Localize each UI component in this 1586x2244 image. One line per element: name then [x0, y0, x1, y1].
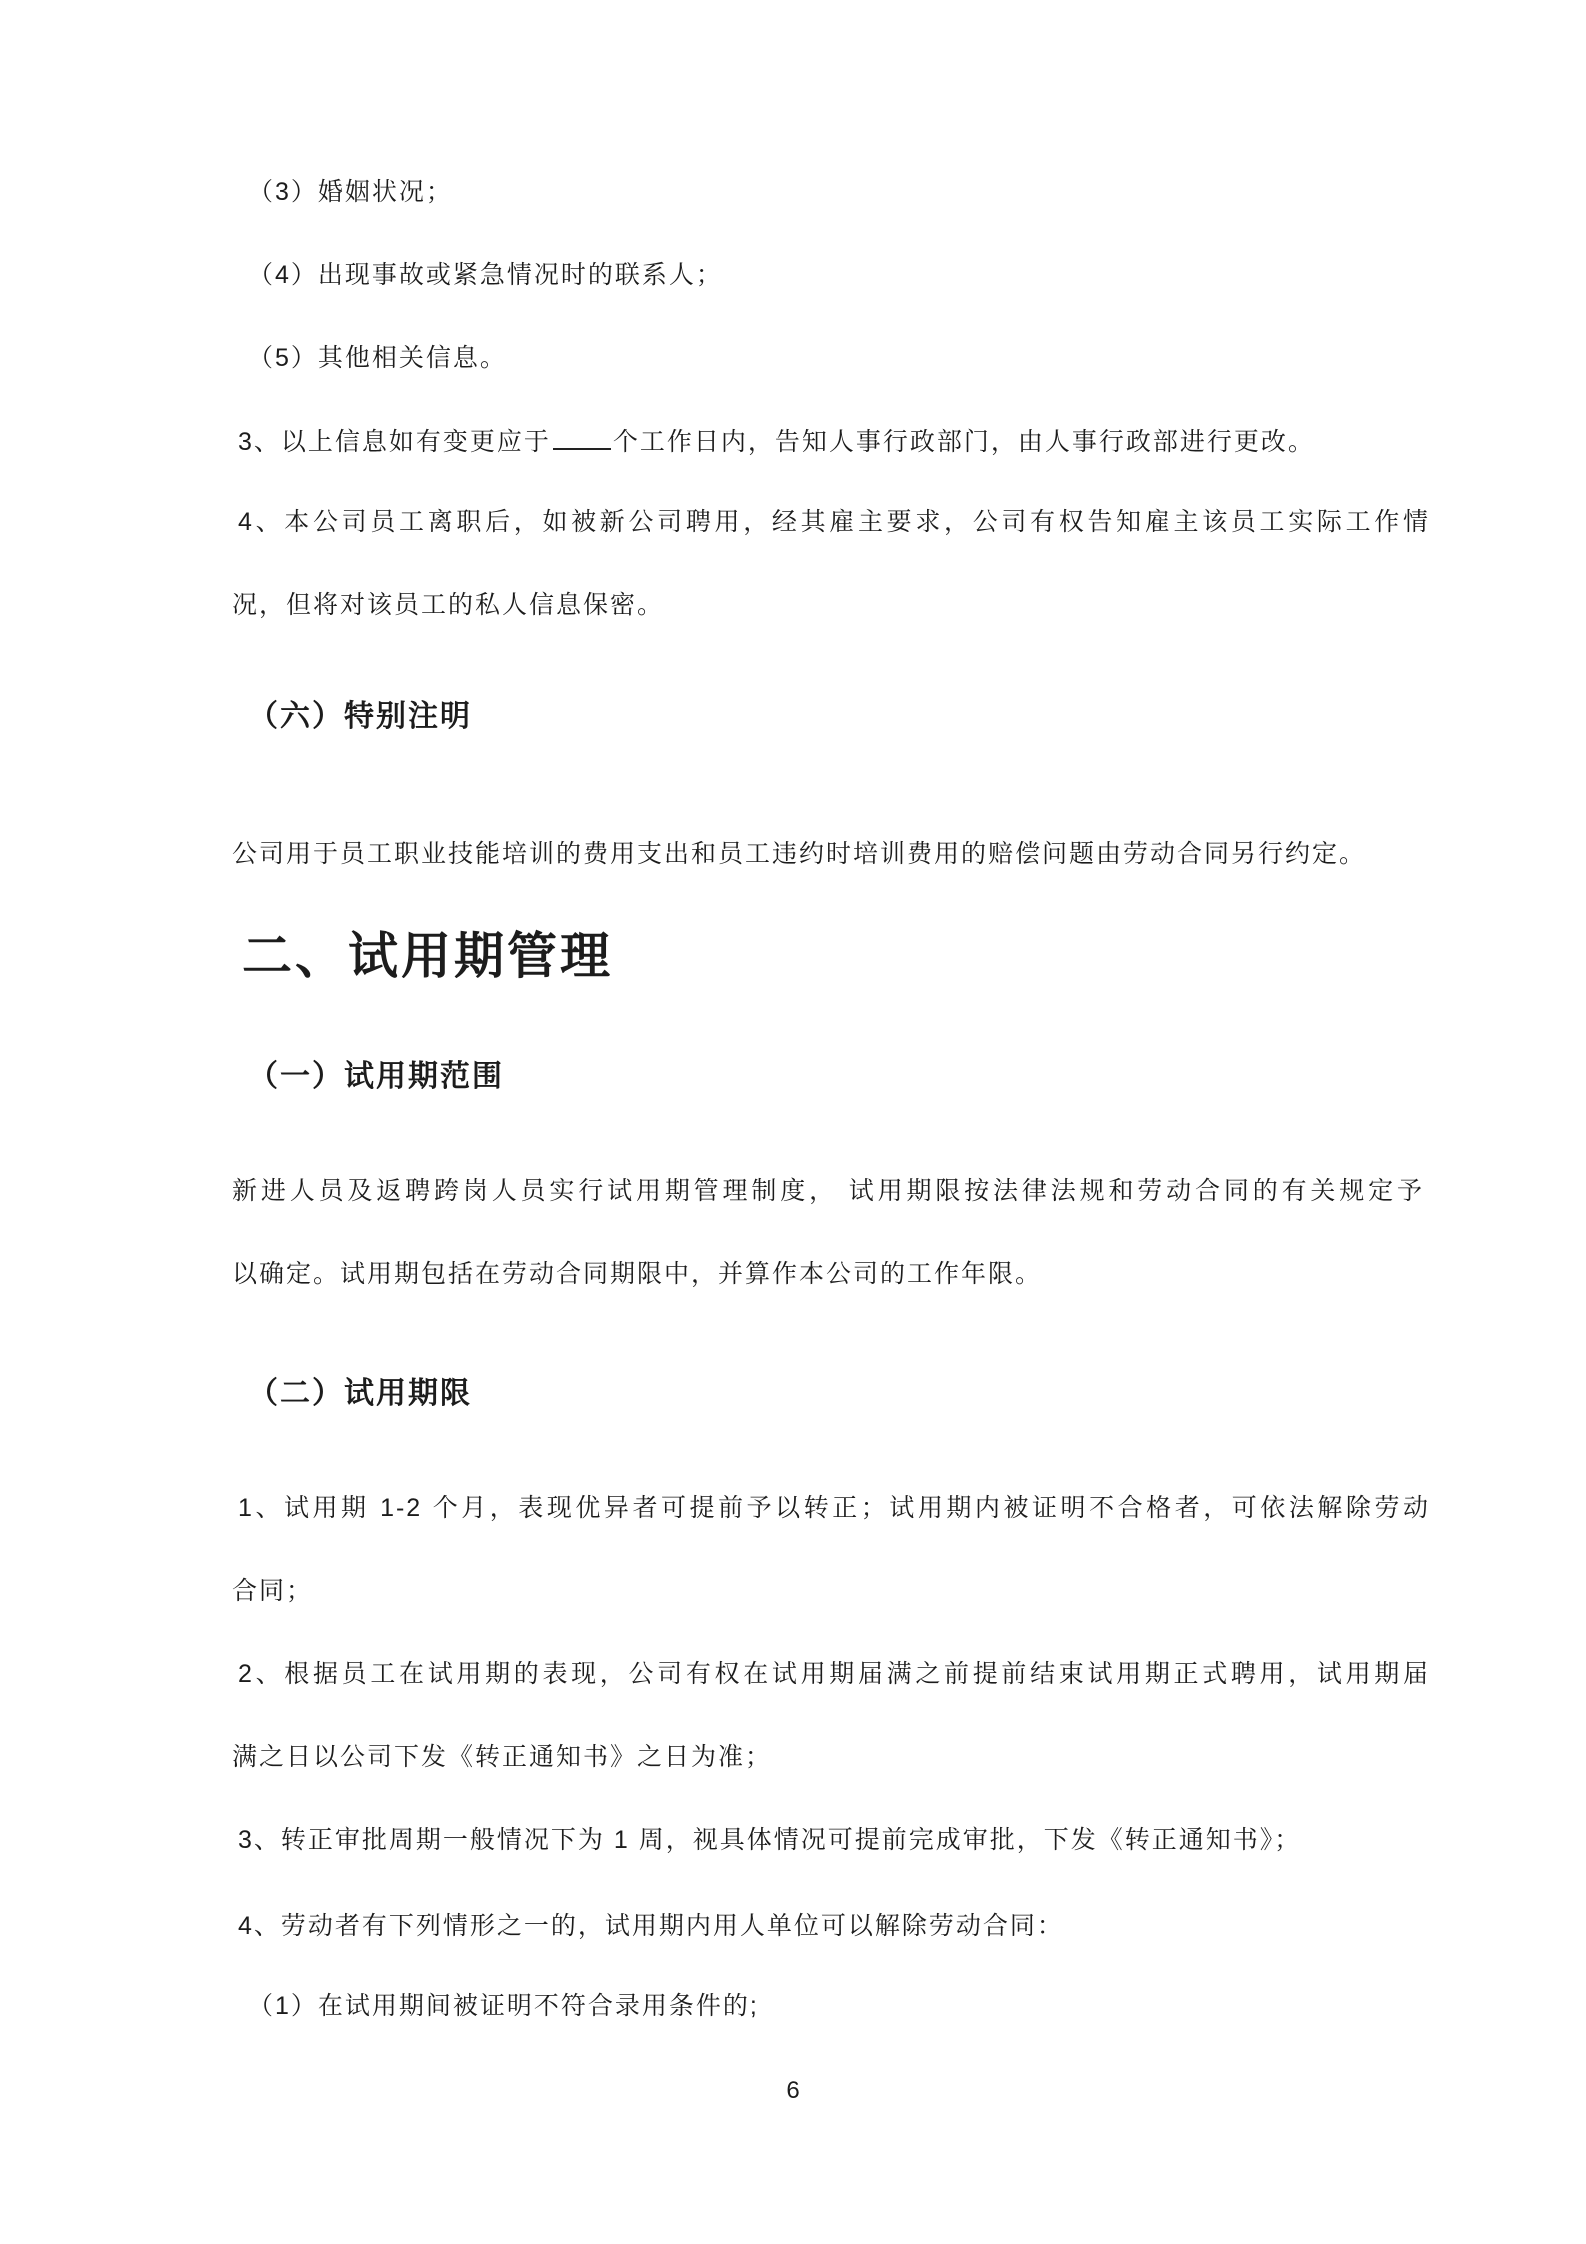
paragraph-period3: 3、转正审批周期一般情况下为 1 周，视具体情况可提前完成审批，下发《转正通知书…	[238, 1824, 1430, 1857]
section-heading-probation-period: （二）试用期限	[248, 1374, 472, 1413]
paragraph-period2-line2: 满之日以公司下发《转正通知书》之日为准；	[232, 1741, 1424, 1774]
paragraph-period2-line1: 2、根据员工在试用期的表现，公司有权在试用期届满之前提前结束试用期正式聘用，试用…	[238, 1658, 1430, 1691]
chapter-heading-probation-management: 二、试用期管理	[242, 925, 613, 988]
section-heading-special-note: （六）特别注明	[248, 697, 472, 736]
list-item-other-info: （5）其他相关信息。	[248, 342, 1440, 375]
paragraph-info-change: 3、以上信息如有变更应于个工作日内，告知人事行政部门，由人事行政部进行更改。	[238, 423, 1430, 459]
page-number: 6	[0, 2077, 1586, 2106]
fill-in-blank-underline	[553, 423, 611, 450]
paragraph-scope-line2: 以确定。试用期包括在劳动合同期限中，并算作本公司的工作年限。	[232, 1258, 1424, 1291]
paragraph-info-change-pre: 3、以上信息如有变更应于	[238, 428, 551, 456]
paragraph-period4: 4、劳动者有下列情形之一的，试用期内用人单位可以解除劳动合同：	[238, 1910, 1430, 1943]
paragraph-special-note: 公司用于员工职业技能培训的费用支出和员工违约时培训费用的赔偿问题由劳动合同另行约…	[232, 838, 1424, 871]
section-heading-probation-scope: （一）试用期范围	[248, 1057, 504, 1096]
paragraph-period1-line1: 1、试用期 1-2 个月，表现优异者可提前予以转正；试用期内被证明不合格者，可依…	[238, 1492, 1430, 1525]
paragraph-resignation-line1: 4、本公司员工离职后，如被新公司聘用，经其雇主要求，公司有权告知雇主该员工实际工…	[238, 506, 1430, 539]
paragraph-resignation-line2: 况，但将对该员工的私人信息保密。	[232, 589, 1424, 622]
document-page: （3）婚姻状况； （4）出现事故或紧急情况时的联系人； （5）其他相关信息。 3…	[0, 0, 1586, 2244]
list-item-probation-unqualified: （1）在试用期间被证明不符合录用条件的;	[248, 1990, 1440, 2023]
paragraph-scope-line1: 新进人员及返聘跨岗人员实行试用期管理制度， 试用期限按法律法规和劳动合同的有关规…	[232, 1175, 1424, 1208]
list-item-emergency-contact: （4）出现事故或紧急情况时的联系人；	[248, 259, 1440, 292]
paragraph-info-change-post: 个工作日内，告知人事行政部门，由人事行政部进行更改。	[613, 428, 1315, 456]
paragraph-period1-line2: 合同；	[232, 1575, 1424, 1608]
list-item-marital-status: （3）婚姻状况；	[248, 176, 1440, 209]
